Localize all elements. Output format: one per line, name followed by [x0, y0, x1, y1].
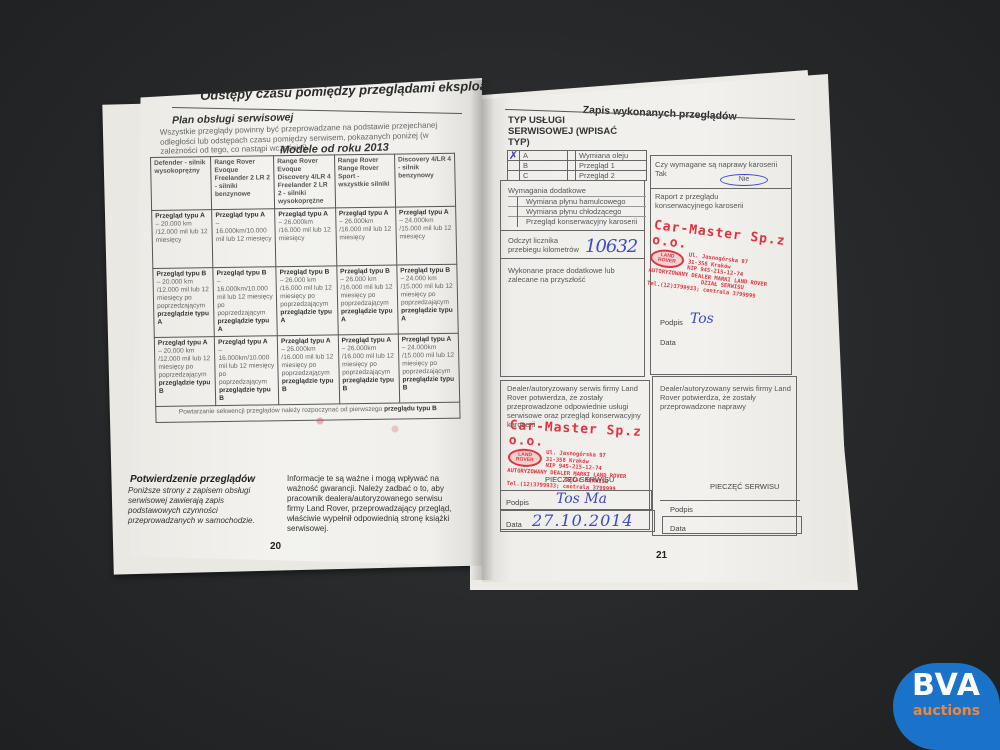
- odometer-label: Odczyt licznika przebiegu kilometrów: [508, 236, 583, 254]
- table-cell: Przegląd typu A– 16.000km/10.000 mil lub…: [212, 209, 276, 268]
- table-cell: Przegląd typu A– 20.000 km /12.000 mil l…: [154, 337, 216, 407]
- type-letter: B: [520, 161, 568, 171]
- table-cell: Przegląd typu A– 16.000km/10.000 mil lub…: [214, 336, 278, 406]
- service-type-heading: TYP USŁUGI SERWISOWEJ (WPISAĆ TYP): [508, 115, 628, 148]
- table-cell: Przegląd typu A– 26.000km /16.000 mil lu…: [275, 208, 337, 267]
- signature-label: Podpis: [660, 318, 683, 327]
- extra-work-label: Wykonane prace dodatkowe lub zalecane na…: [508, 266, 638, 284]
- list-item: Wymiana płynu hamulcowego: [508, 196, 646, 206]
- date-label: Data: [660, 338, 676, 347]
- service-type-table: ✗AWymiana olejuBPrzegląd 1CPrzegląd 2: [507, 150, 647, 181]
- confirmation-heading: Potwierdzenie przeglądów: [130, 474, 255, 485]
- stamp-label: PIECZĘĆ SERWISU: [710, 482, 779, 491]
- table-row: Przegląd typu A– 20.000 km /12.000 mil l…: [154, 333, 459, 406]
- table-cell: Przegląd typu A– 26.000km /16.000 mil lu…: [338, 334, 400, 404]
- service-type-row: CPrzegląd 2: [508, 171, 647, 181]
- logo-subtitle: auctions: [893, 703, 1000, 719]
- service-type-row: ✗AWymiana oleju: [508, 151, 647, 161]
- signature-value: Tos: [690, 311, 714, 327]
- checkbox[interactable]: [508, 161, 520, 171]
- column-header: Discovery 4/LR 4 - silnik benzynowy: [394, 153, 455, 207]
- divider: [650, 188, 792, 189]
- service-interval-table: Defender - silnik wysokoprężny Range Rov…: [150, 153, 461, 423]
- logo-title: BVA: [893, 669, 1000, 703]
- type-letter: A: [520, 151, 568, 161]
- column-header: Range Rover Range Rover Sport - wszystki…: [334, 154, 395, 208]
- table-cell: Przegląd typu B– 26.000 km /16.000 mil l…: [276, 266, 338, 336]
- body-repair-answer: Nie: [720, 174, 768, 186]
- divider: [500, 230, 645, 231]
- column-header: Range Rover Evoque Freelander 2 LR 2 - s…: [211, 156, 275, 210]
- confirmation-text: Poniższe strony z zapisem obsługi serwis…: [128, 486, 268, 526]
- faded-stamp-imprint: [290, 405, 440, 445]
- list-item: Przegląd konserwacyjny karoserii: [508, 216, 646, 226]
- body-repair-question: Czy wymagane są naprawy karoserii Tak: [655, 160, 790, 178]
- checkbox[interactable]: [508, 207, 518, 217]
- checkbox[interactable]: [508, 197, 518, 207]
- repair-confirmation-text: Dealer/autoryzowany serwis firmy Land Ro…: [660, 384, 795, 411]
- body-report-label: Raport z przeglądu konserwacyjnego karos…: [655, 192, 775, 210]
- book-spine: [470, 80, 494, 580]
- table-cell: Przegląd typu B– 24.000 km /15.000 mil l…: [397, 264, 459, 334]
- table-row: Przegląd typu B– 20.000 km /12.000 mil l…: [153, 264, 458, 337]
- checkbox[interactable]: [568, 171, 576, 181]
- signature-label: Podpis: [506, 498, 529, 507]
- table-cell: Przegląd typu A– 24.000km /15.000 mil lu…: [398, 333, 460, 403]
- service-type-row: BPrzegląd 1: [508, 161, 647, 171]
- type-description: Wymiana oleju: [576, 151, 647, 161]
- service-booklet: Odstępy czasu pomiędzy przeglądami ekspl…: [0, 0, 1000, 750]
- table-cell: Przegląd typu A– 26.000km /16.000 mil lu…: [277, 335, 339, 405]
- date-value: 27.10.2014: [532, 511, 634, 530]
- stamp-label: PIECZĘĆ SERWISU: [545, 475, 614, 484]
- checkbox[interactable]: [568, 161, 576, 171]
- table-cell: Przegląd typu A– 20.000 km /12.000 mil l…: [152, 210, 213, 269]
- table-cell: Przegląd typu A– 24.000km /15.000 mil lu…: [395, 206, 456, 265]
- warranty-info-text: Informacje te są ważne i mogą wpływać na…: [287, 474, 452, 534]
- list-item: Wymiana płynu chłodzącego: [508, 206, 646, 216]
- checkbox[interactable]: ✗: [508, 151, 520, 161]
- extra-requirements-list: Wymiana płynu hamulcowegoWymiana płynu c…: [508, 196, 646, 226]
- column-header: Defender - silnik wysokoprężny: [151, 157, 212, 211]
- odometer-value: 10632: [585, 236, 637, 257]
- divider: [500, 258, 645, 259]
- type-description: Przegląd 1: [576, 161, 647, 171]
- table-cell: Przegląd typu B– 20.000 km /12.000 mil l…: [153, 268, 215, 338]
- table-header-row: Defender - silnik wysokoprężny Range Rov…: [151, 153, 456, 210]
- date-label: Data: [670, 524, 686, 533]
- table-cell: Przegląd typu B– 16.000km/10.000 mil lub…: [213, 267, 277, 337]
- checkbox[interactable]: [508, 217, 518, 227]
- land-rover-logo-icon: LAND ROVER: [507, 448, 542, 468]
- type-letter: C: [520, 171, 568, 181]
- extra-requirements-label: Wymagania dodatkowe: [508, 186, 586, 195]
- page-number-right: 21: [656, 550, 667, 561]
- checkbox[interactable]: [508, 171, 520, 181]
- signature-value: Tos Ma: [556, 491, 607, 507]
- column-header: Range Rover Evoque Discovery 4/LR 4 Free…: [274, 155, 336, 209]
- table-row: Przegląd typu A– 20.000 km /12.000 mil l…: [152, 206, 457, 268]
- bva-auctions-logo: BVA auctions: [893, 663, 1000, 750]
- table-cell: Przegląd typu A– 26.000km /16.000 mil lu…: [335, 207, 396, 266]
- checkbox[interactable]: [568, 151, 576, 161]
- date-label: Data: [506, 520, 522, 529]
- table-cell: Przegląd typu B– 26.000 km /16.000 mil l…: [336, 265, 398, 335]
- signature-label: Podpis: [670, 505, 693, 514]
- type-description: Przegląd 2: [576, 171, 647, 181]
- page-number-left: 20: [270, 541, 281, 552]
